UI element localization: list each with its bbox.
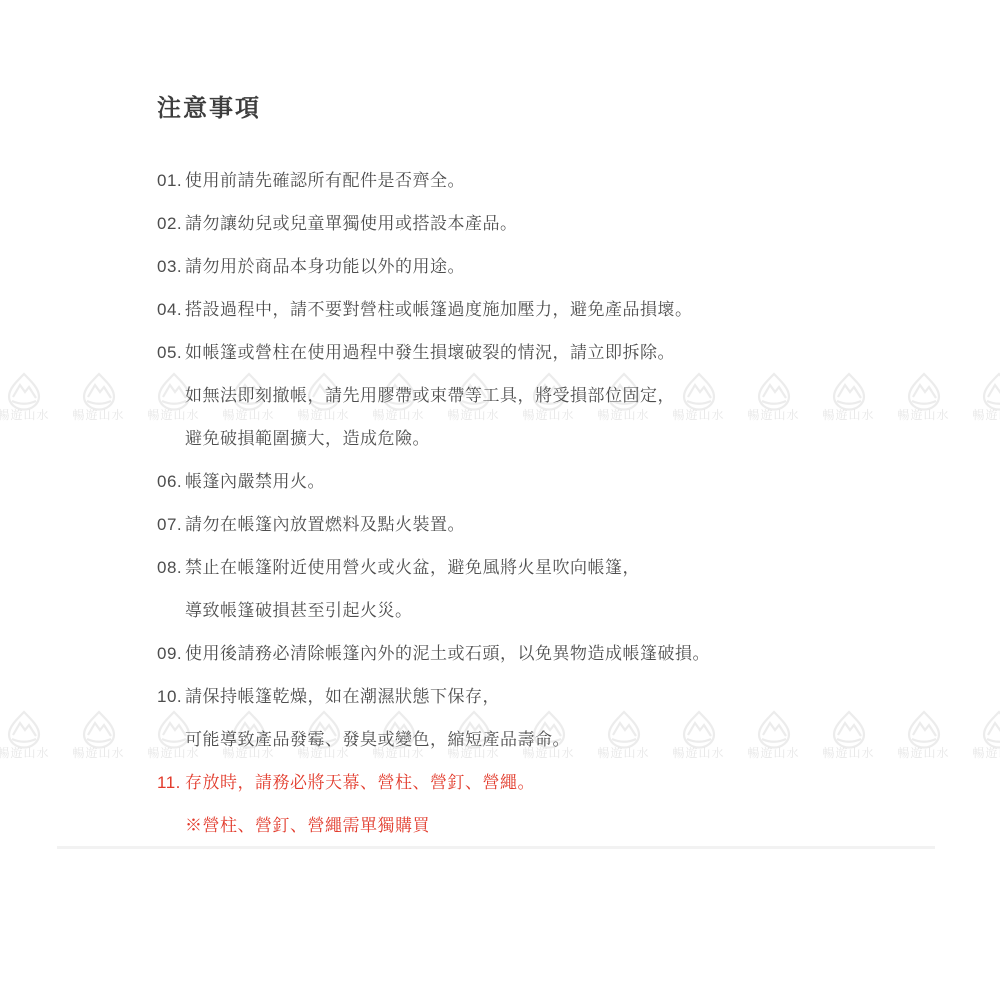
item-text: 避免破損範圍擴大，造成危險。 (185, 428, 430, 450)
item-number: 04. (157, 299, 185, 321)
item-text: ※營柱、營釘、營繩需單獨購買 (185, 815, 430, 837)
notice-line: ※營柱、營釘、營繩需單獨購買 (157, 815, 960, 837)
notice-list: 01.使用前請先確認所有配件是否齊全。02.請勿讓幼兒或兒童單獨使用或搭設本產品… (157, 170, 960, 837)
item-number: 11. (157, 772, 185, 794)
item-number: 07. (157, 514, 185, 536)
item-number: 08. (157, 557, 185, 579)
notice-line: 導致帳篷破損甚至引起火災。 (157, 600, 960, 622)
notice-line: 10.請保持帳篷乾燥，如在潮濕狀態下保存， (157, 686, 960, 708)
item-text: 使用前請先確認所有配件是否齊全。 (185, 170, 465, 192)
item-text: 帳篷內嚴禁用火。 (185, 471, 325, 493)
item-text: 請勿用於商品本身功能以外的用途。 (185, 256, 465, 278)
notice-line: 04.搭設過程中，請不要對營柱或帳篷過度施加壓力，避免產品損壞。 (157, 299, 960, 321)
notice-line: 09.使用後請務必清除帳篷內外的泥土或石頭，以免異物造成帳篷破損。 (157, 643, 960, 665)
item-text: 使用後請務必清除帳篷內外的泥土或石頭，以免異物造成帳篷破損。 (185, 643, 710, 665)
notice-line: 07.請勿在帳篷內放置燃料及點火裝置。 (157, 514, 960, 536)
bottom-divider (57, 846, 935, 849)
item-text: 如帳篷或營柱在使用過程中發生損壞破裂的情況，請立即拆除。 (185, 342, 675, 364)
item-number: 06. (157, 471, 185, 493)
item-number: 01. (157, 170, 185, 192)
item-number: 02. (157, 213, 185, 235)
item-text: 請勿讓幼兒或兒童單獨使用或搭設本產品。 (185, 213, 518, 235)
page-title: 注意事項 (157, 88, 960, 123)
item-text: 如無法即刻撤帳，請先用膠帶或束帶等工具，將受損部位固定， (185, 385, 675, 407)
item-text: 導致帳篷破損甚至引起火災。 (185, 600, 413, 622)
item-text: 禁止在帳篷附近使用營火或火盆，避免風將火星吹向帳篷， (185, 557, 640, 579)
item-text: 存放時，請務必將天幕、營柱、營釘、營繩。 (185, 772, 535, 794)
notice-content: 注意事項 01.使用前請先確認所有配件是否齊全。02.請勿讓幼兒或兒童單獨使用或… (0, 0, 1000, 837)
notice-line: 11.存放時，請務必將天幕、營柱、營釘、營繩。 (157, 772, 960, 794)
notice-line: 可能導致產品發霉、發臭或變色，縮短產品壽命。 (157, 729, 960, 751)
item-text: 可能導致產品發霉、發臭或變色，縮短產品壽命。 (185, 729, 570, 751)
item-number: 10. (157, 686, 185, 708)
notice-page: 暢遊山水暢遊山水暢遊山水暢遊山水暢遊山水暢遊山水暢遊山水暢遊山水暢遊山水暢遊山水… (0, 0, 1000, 1000)
item-text: 請勿在帳篷內放置燃料及點火裝置。 (185, 514, 465, 536)
notice-line: 如無法即刻撤帳，請先用膠帶或束帶等工具，將受損部位固定， (157, 385, 960, 407)
item-number: 05. (157, 342, 185, 364)
notice-line: 01.使用前請先確認所有配件是否齊全。 (157, 170, 960, 192)
notice-line: 05.如帳篷或營柱在使用過程中發生損壞破裂的情況，請立即拆除。 (157, 342, 960, 364)
notice-line: 避免破損範圍擴大，造成危險。 (157, 428, 960, 450)
notice-line: 06.帳篷內嚴禁用火。 (157, 471, 960, 493)
item-number: 09. (157, 643, 185, 665)
notice-line: 02.請勿讓幼兒或兒童單獨使用或搭設本產品。 (157, 213, 960, 235)
item-number: 03. (157, 256, 185, 278)
notice-line: 08.禁止在帳篷附近使用營火或火盆，避免風將火星吹向帳篷， (157, 557, 960, 579)
item-text: 請保持帳篷乾燥，如在潮濕狀態下保存， (185, 686, 500, 708)
item-text: 搭設過程中，請不要對營柱或帳篷過度施加壓力，避免產品損壞。 (185, 299, 693, 321)
notice-line: 03.請勿用於商品本身功能以外的用途。 (157, 256, 960, 278)
